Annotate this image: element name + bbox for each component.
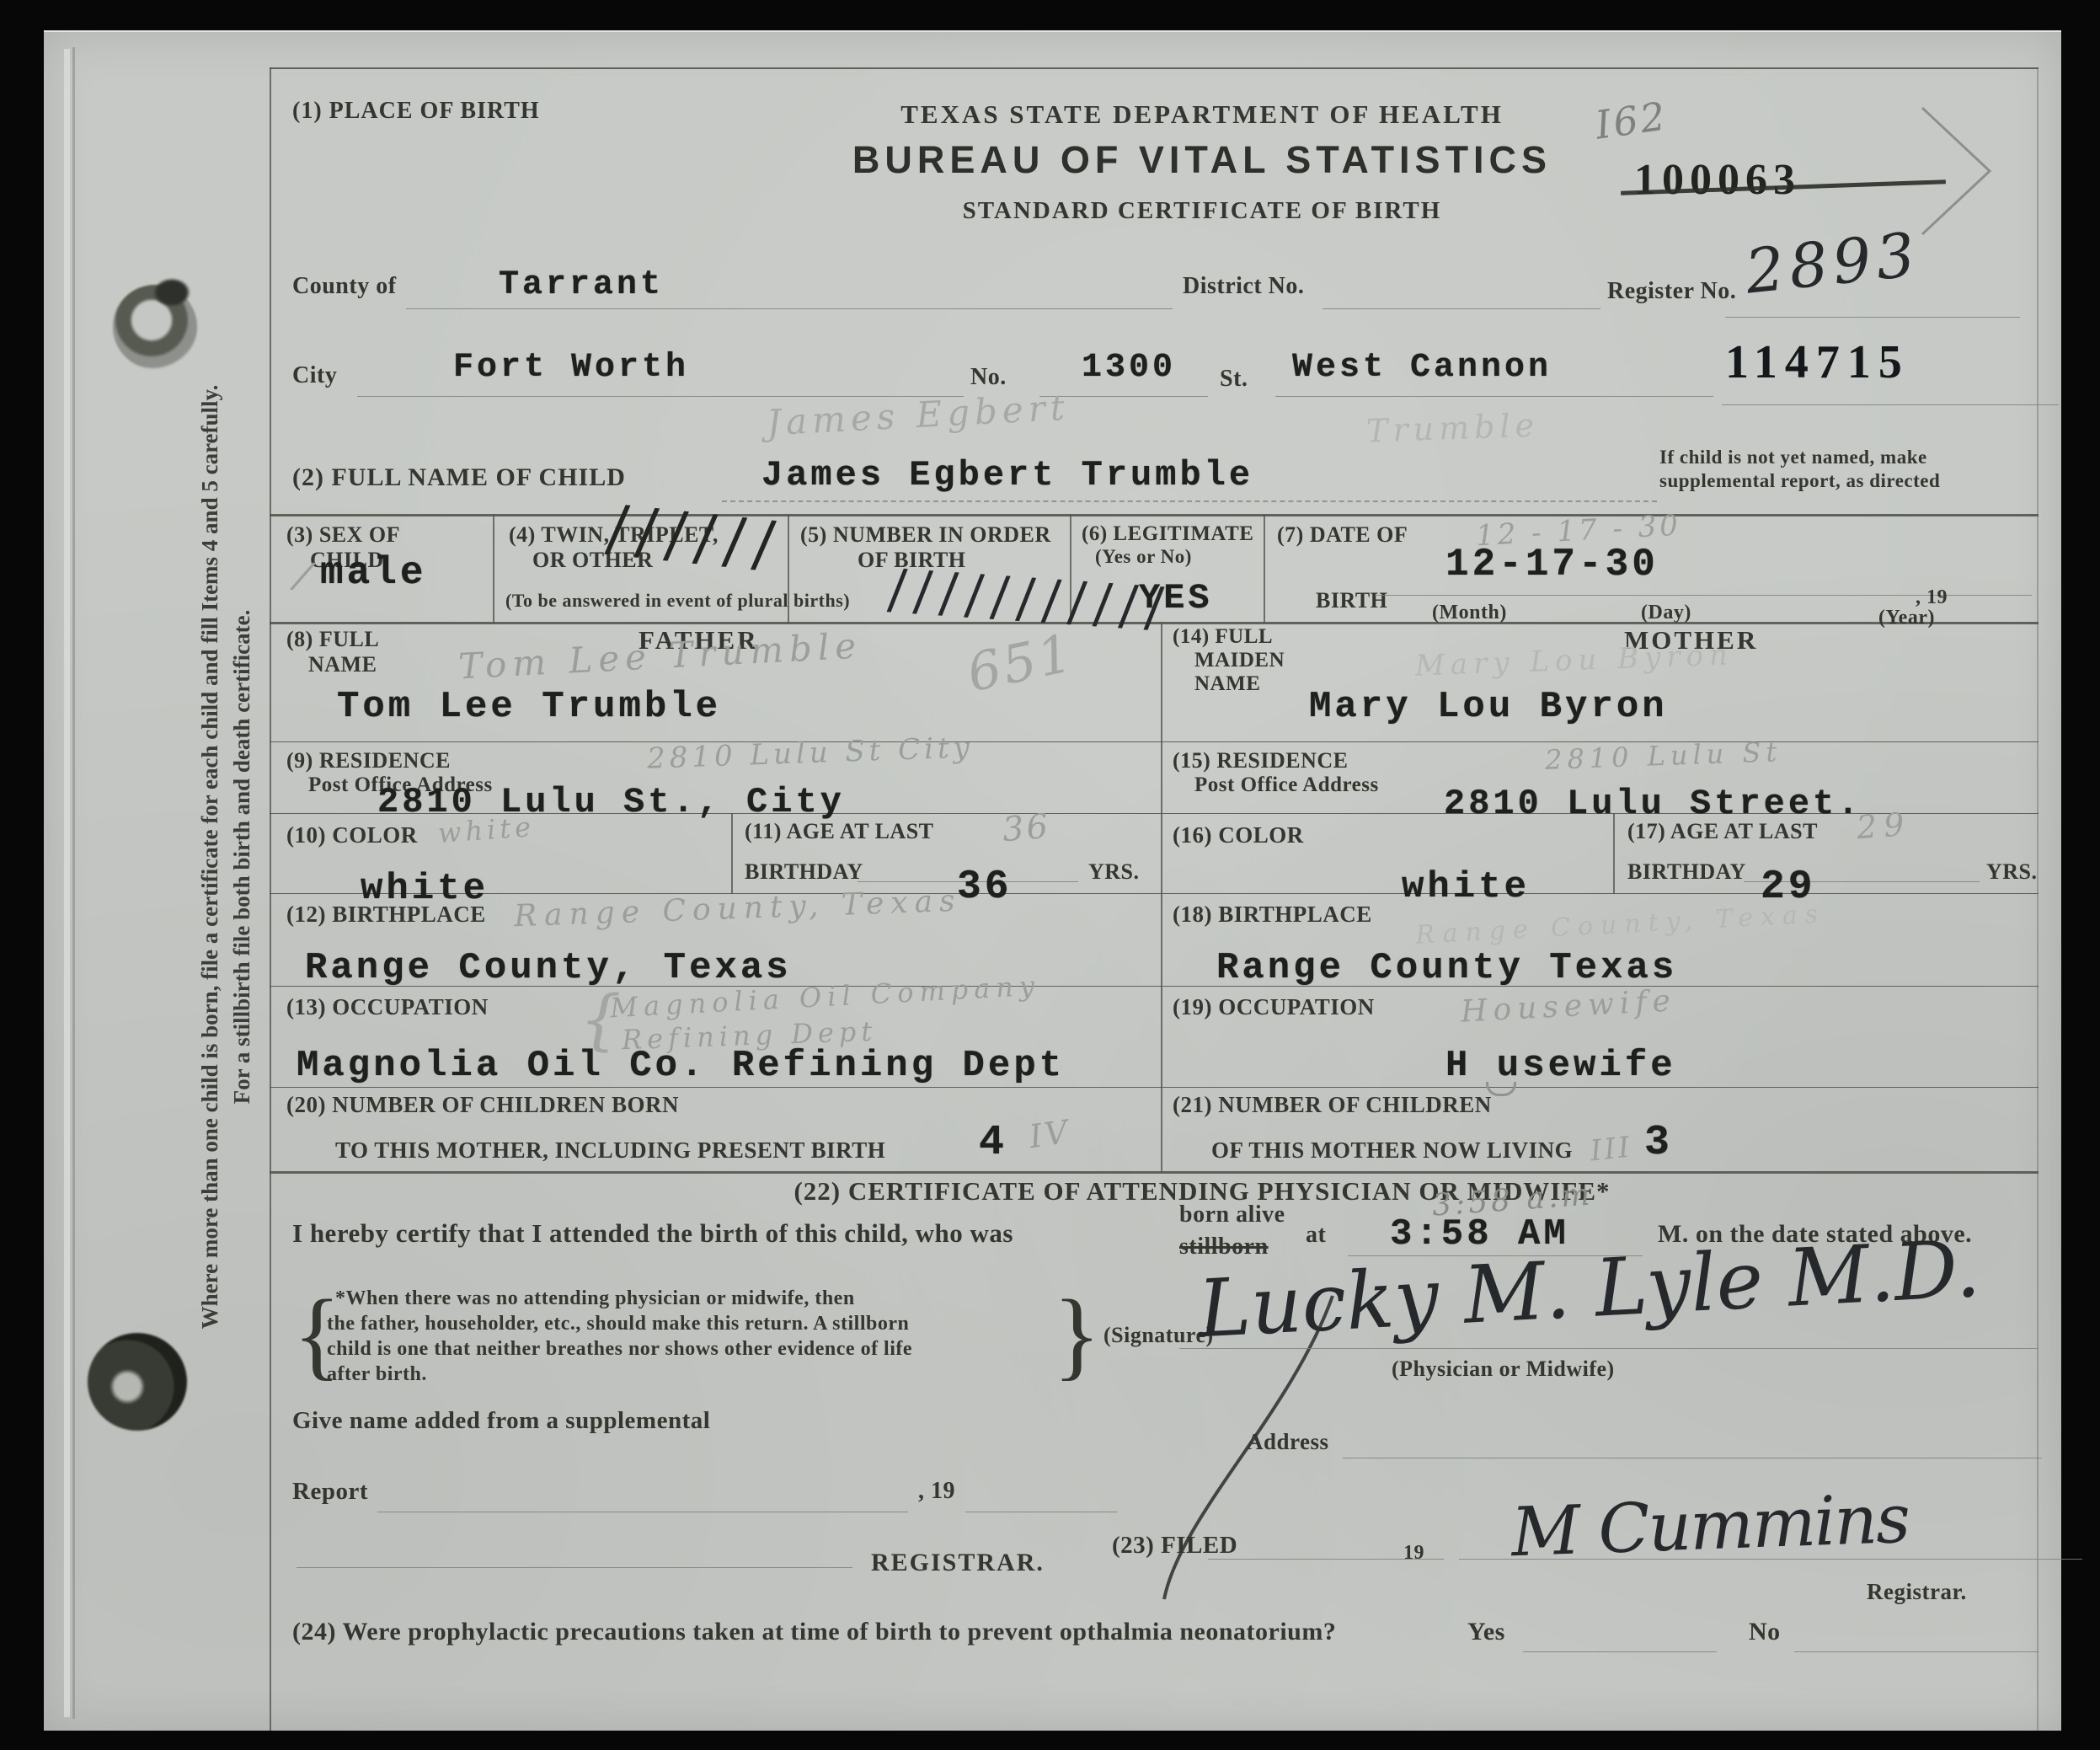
occupation-bottom-border	[270, 1087, 2039, 1088]
order-label-1: (5) NUMBER IN ORDER	[800, 522, 1051, 548]
footnote-line-4: after birth.	[327, 1363, 427, 1386]
city-value: Fort Worth	[453, 349, 689, 387]
footnote-line-3: child is one that neither breathes nor s…	[327, 1338, 912, 1361]
father-color-label: (10) COLOR	[286, 822, 418, 848]
address-label: Address	[1247, 1429, 1329, 1455]
mother-color-value: white	[1402, 866, 1530, 908]
born-alive-option: born alive	[1179, 1201, 1285, 1228]
mother-yrs-label: YRS.	[1986, 859, 2038, 885]
certify-text: I hereby certify that I attended the bir…	[292, 1218, 1013, 1249]
form-border-top	[270, 67, 2039, 69]
legitimate-label-2: (Yes or No)	[1095, 546, 1192, 568]
mother-occupation-value: H usewife	[1445, 1045, 1676, 1087]
street-fill-line	[1275, 396, 1713, 397]
scanned-birth-certificate: Where more than one child is born, file …	[0, 0, 2100, 1750]
mother-residence-value: 2810 Lulu Street.	[1444, 784, 1862, 824]
sex-value: male	[320, 551, 426, 595]
legitimate-value: YES	[1139, 578, 1213, 618]
mother-birthplace-label: (18) BIRTHPLACE	[1173, 902, 1372, 928]
report-year-fill-line	[965, 1512, 1117, 1512]
divider-father-color-age	[731, 813, 733, 894]
yes-label: Yes	[1467, 1618, 1505, 1646]
mother-occupation-handwritten: Housewife	[1460, 983, 1677, 1029]
no-fill-line	[1794, 1651, 2039, 1652]
sidebar-instructions: Where more than one child is born, file …	[194, 225, 258, 1489]
punch-hole-top-blot	[153, 278, 190, 307]
yes-fill-line	[1523, 1651, 1717, 1652]
filed-fill-line	[1208, 1559, 1444, 1560]
children-bottom-border	[270, 1171, 2039, 1174]
punch-hole-bottom	[88, 1333, 187, 1431]
dob-month-label: (Month)	[1432, 602, 1507, 624]
father-birthplace-label: (12) BIRTHPLACE	[286, 902, 486, 928]
certificate-paper: Where more than one child is born, file …	[44, 30, 2061, 1731]
district-fill-line	[1323, 308, 1600, 309]
stamp-underline	[1722, 404, 2059, 405]
children-living-value: 3	[1644, 1119, 1673, 1167]
no-label: No	[1749, 1618, 1781, 1646]
father-birthplace-handwritten: Range County, Texas	[513, 884, 962, 934]
father-age-handwritten: 36	[1001, 807, 1052, 850]
not-named-note-line1: If child is not yet named, make	[1659, 447, 1927, 468]
mother-birthplace-value: Range County Texas	[1216, 947, 1677, 989]
mother-age-handwritten: 29	[1856, 805, 1912, 846]
page-edge-shadow	[72, 47, 75, 1719]
street-no-label: No.	[970, 364, 1007, 391]
divider-legit-date	[1264, 514, 1265, 623]
registrar-left-line	[297, 1567, 852, 1568]
full-name-of-child-label: (2) FULL NAME OF CHILD	[292, 463, 626, 492]
father-pencil-number: 651	[962, 622, 1080, 704]
form-border-right	[2037, 67, 2039, 1731]
place-of-birth-label: (1) PLACE OF BIRTH	[292, 98, 540, 125]
physician-or-midwife-label: (Physician or Midwife)	[1392, 1357, 1615, 1382]
mother-residence-sublabel: Post Office Address	[1194, 773, 1379, 797]
order-label-2: OF BIRTH	[858, 548, 966, 573]
county-label: County of	[292, 273, 397, 300]
form-border-left	[270, 67, 271, 1731]
registrar-signature-line	[1459, 1559, 2082, 1560]
children-living-handwritten: III	[1589, 1131, 1633, 1169]
father-residence-handwritten: 2810 Lulu St City	[646, 731, 974, 776]
twin-note: (To be answered in event of plural birth…	[505, 590, 850, 612]
registrar-caps-label: REGISTRAR.	[871, 1549, 1045, 1577]
dob-label-2: BIRTH	[1316, 588, 1387, 613]
register-no-handwritten: 2893	[1742, 218, 1923, 307]
dob-label-1: (7) DATE OF	[1277, 522, 1408, 548]
divider-sex-twin	[493, 514, 494, 623]
footnote-line-1: *When there was no attending physician o…	[335, 1287, 855, 1310]
father-residence-label: (9) RESIDENCE	[286, 748, 451, 773]
mother-full-label-2: MAIDEN	[1194, 649, 1285, 672]
father-color-handwritten: white	[437, 811, 536, 849]
mother-residence-label: (15) RESIDENCE	[1173, 748, 1349, 773]
table-top-border	[270, 514, 2039, 516]
stillborn-option: stillborn	[1179, 1234, 1269, 1260]
father-yrs-label: YRS.	[1088, 859, 1140, 885]
report-label: Report	[292, 1478, 368, 1506]
children-born-label-1: (20) NUMBER OF CHILDREN BORN	[286, 1092, 679, 1118]
give-name-text: Give name added from a supplemental	[292, 1407, 710, 1435]
full-name-of-child-value: James Egbert Trumble	[761, 455, 1253, 495]
report-fill-line	[377, 1512, 908, 1512]
register-fill-line	[1725, 317, 2020, 318]
sidebar-line-2: For a stillbirth file both birth and dea…	[226, 225, 258, 1489]
report-19-label: , 19	[918, 1478, 955, 1505]
mother-color-label: (16) COLOR	[1173, 822, 1304, 848]
mother-age-label-1: (17) AGE AT LAST	[1627, 819, 1818, 844]
city-label: City	[292, 362, 337, 389]
sex-label-1: (3) SEX OF	[286, 522, 400, 548]
father-occupation-label: (13) OCCUPATION	[286, 994, 489, 1020]
stamp-number: 114715	[1725, 335, 1910, 389]
father-full-label-2: NAME	[308, 652, 377, 677]
child-name-handwritten-last: Trumble	[1365, 406, 1539, 449]
father-age-label-1: (11) AGE AT LAST	[745, 819, 934, 844]
father-birthplace-value: Range County, Texas	[305, 947, 792, 989]
county-fill-line	[406, 308, 1173, 309]
dob-day-label: (Day)	[1641, 602, 1691, 624]
mother-occupation-label: (19) OCCUPATION	[1173, 994, 1375, 1020]
child-name-handwritten-first: James Egbert	[766, 387, 1071, 444]
mother-full-label-1: (14) FULL	[1173, 625, 1273, 649]
dob-19-label: , 19	[1916, 586, 1948, 609]
full-name-fill-line	[722, 500, 1657, 502]
father-age-value: 36	[957, 864, 1013, 910]
physician-signature-line	[1179, 1348, 2039, 1349]
father-name-value: Tom Lee Trumble	[337, 686, 721, 728]
struck-certificate-number: 100063	[1634, 155, 1801, 205]
children-living-label-1: (21) NUMBER OF CHILDREN	[1173, 1092, 1492, 1118]
divider-mother-color-age	[1613, 813, 1615, 894]
district-no-label: District No.	[1183, 273, 1304, 300]
children-born-value: 4	[979, 1119, 1007, 1167]
dob-year-label: (Year)	[1878, 607, 1935, 629]
father-age-label-2: BIRTHDAY	[745, 859, 863, 885]
children-born-handwritten: IV	[1027, 1113, 1072, 1155]
filed-19-label: 19	[1403, 1542, 1424, 1565]
filed-label: (23) FILED	[1112, 1532, 1237, 1560]
register-no-label: Register No.	[1607, 278, 1736, 305]
registrar-small-label: Registrar.	[1867, 1579, 1967, 1605]
st-label: St.	[1220, 366, 1248, 393]
county-value: Tarrant	[499, 266, 664, 304]
legitimate-label-1: (6) LEGITIMATE	[1082, 522, 1253, 546]
corner-fold-mark	[1914, 74, 2049, 243]
divider-father-mother	[1161, 622, 1162, 1173]
father-full-label-1: (8) FULL	[286, 627, 379, 652]
dob-value: 12-17-30	[1445, 543, 1659, 586]
children-born-label-2: TO THIS MOTHER, INCLUDING PRESENT BIRTH	[335, 1137, 885, 1164]
sex-pencil-mark: /	[291, 552, 318, 600]
mother-name-handwritten: Mary Lou Byron	[1414, 638, 1734, 682]
street-name-value: West Cannon	[1292, 349, 1552, 387]
at-label: at	[1306, 1222, 1326, 1249]
mother-age-label-2: BIRTHDAY	[1627, 859, 1746, 885]
children-living-label-2: OF THIS MOTHER NOW LIVING	[1211, 1137, 1573, 1164]
footnote-line-2: the father, householder, etc., should ma…	[327, 1313, 909, 1335]
question-24-text: (24) Were prophylactic precautions taken…	[292, 1618, 1336, 1646]
sidebar-line-1: Where more than one child is born, file …	[194, 225, 226, 1489]
street-no-value: 1300	[1082, 349, 1176, 387]
page-edge	[64, 49, 70, 1717]
address-fill-line	[1343, 1458, 2042, 1458]
father-occupation-value: Magnolia Oil Co. Refining Dept	[297, 1045, 1065, 1087]
mother-full-label-3: NAME	[1194, 672, 1260, 696]
mother-name-value: Mary Lou Byron	[1309, 686, 1668, 728]
not-named-note-line2: supplemental report, as directed	[1659, 470, 1940, 492]
registrar-signature: M Cummins	[1510, 1480, 1910, 1571]
